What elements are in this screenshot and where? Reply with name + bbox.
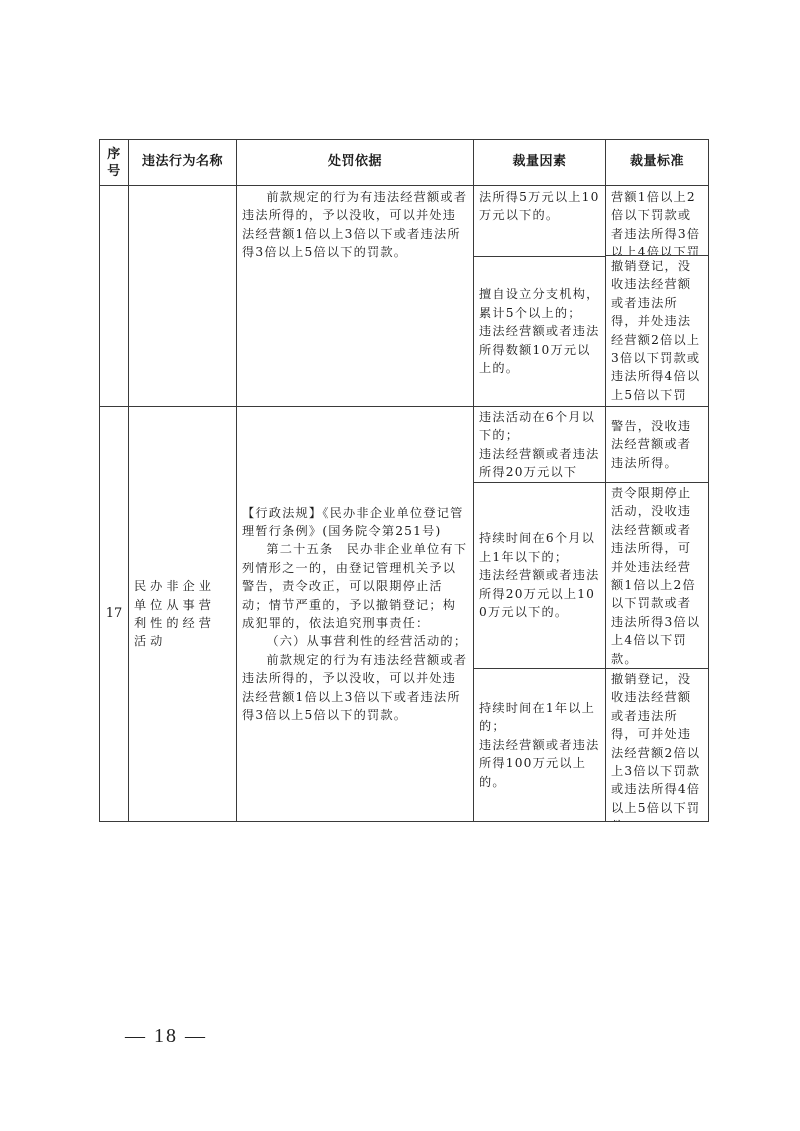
row-17-violation-name-cell: 民办非企业单位从事营利性的经营活动 xyxy=(128,406,237,822)
standard-cell: 责令限期停止活动，没收违法经营额或者违法所得，可并处违法经营额1倍以上2倍以下罚… xyxy=(605,482,709,669)
header-seq: 序 号 xyxy=(99,139,129,186)
factor-cell: 持续时间在6个月以上1年以下的； 违法经营额或者违法所得20万元以上100万元以… xyxy=(473,482,606,669)
penalty-text: 前款规定的行为有违法经营额或者违法所得的，予以没收，可以并处违法经营额1倍以上3… xyxy=(242,651,468,725)
row-17-penalty-basis-cell: 【行政法规】《民办非企业单位登记管理暂行条例》(国务院令第251号) 第二十五条… xyxy=(236,406,474,822)
violation-name-text: 民办非企业单位从事营利性的经营活动 xyxy=(134,577,231,651)
page-number: — 18 — xyxy=(125,1025,207,1048)
document-page: 序 号 违法行为名称 处罚依据 裁量因素 裁量标准 前款规定的行为有违法经营额或… xyxy=(0,0,800,1131)
header-violation-name: 违法行为名称 xyxy=(128,139,237,186)
factor-text: 擅自设立分支机构，累计5个以上的； 违法经营额或者违法所得数额10万元以上的。 xyxy=(479,285,600,377)
header-penalty-basis: 处罚依据 xyxy=(236,139,474,186)
header-discretion-standard: 裁量标准 xyxy=(605,139,709,186)
row-continuation-seq xyxy=(99,185,129,407)
standard-cell: 撤销登记，没收违法经营额或者违法所得，可并处违法经营额2倍以上3倍以下罚款或违法… xyxy=(605,668,709,822)
regulation-title: 【行政法规】《民办非企业单位登记管理暂行条例》(国务院令第251号) xyxy=(242,504,468,541)
row-continuation-penalty-basis: 前款规定的行为有违法经营额或者违法所得的，予以没收，可以并处违法经营额1倍以上3… xyxy=(236,185,474,407)
clause-text: （六）从事营利性的经营活动的； xyxy=(242,632,468,650)
header-discretion-factors: 裁量因素 xyxy=(473,139,606,186)
standard-cell: 警告，没收违法经营额或者违法所得。 xyxy=(605,406,709,483)
factor-cell: 法所得5万元以上10万元以下的。 xyxy=(473,185,606,257)
factor-cell: 持续时间在1年以上的； 违法经营额或者违法所得100万元以上的。 xyxy=(473,668,606,822)
factor-cell: 违法活动在6个月以下的； 违法经营额或者违法所得20万元以下的。 xyxy=(473,406,606,483)
penalty-basis-text: 【行政法规】《民办非企业单位登记管理暂行条例》(国务院令第251号) 第二十五条… xyxy=(242,504,468,725)
standard-text: 警告，没收违法经营额或者违法所得。 xyxy=(611,417,703,472)
row-continuation-violation-name xyxy=(128,185,237,407)
standard-cell: 营额1倍以上2倍以下罚款或者违法所得3倍以上4倍以下罚款。 xyxy=(605,185,709,256)
row-17-seq: 17 xyxy=(99,406,129,822)
discretion-table: 序 号 违法行为名称 处罚依据 裁量因素 裁量标准 前款规定的行为有违法经营额或… xyxy=(99,139,709,822)
standard-cell: 撤销登记，没收违法经营额或者违法所得，并处违法经营额2倍以上3倍以下罚款或违法所… xyxy=(605,255,709,407)
factor-text: 持续时间在1年以上的； 违法经营额或者违法所得100万元以上的。 xyxy=(479,699,600,791)
factor-text: 持续时间在6个月以上1年以下的； 违法经营额或者违法所得20万元以上100万元以… xyxy=(479,529,600,621)
factor-cell: 擅自设立分支机构，累计5个以上的； 违法经营额或者违法所得数额10万元以上的。 xyxy=(473,256,606,407)
article-text: 第二十五条 民办非企业单位有下列情形之一的，由登记管理机关予以警告，责令改正，可… xyxy=(242,540,468,632)
